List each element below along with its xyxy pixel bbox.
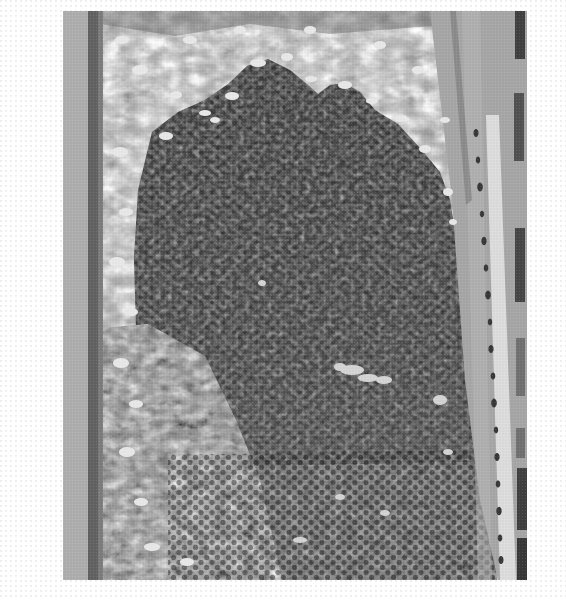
- halftone-dither-overlay: [63, 11, 527, 580]
- photo-layers: [63, 11, 527, 580]
- patent-photo-figure: [0, 0, 566, 600]
- page-background: [0, 0, 566, 600]
